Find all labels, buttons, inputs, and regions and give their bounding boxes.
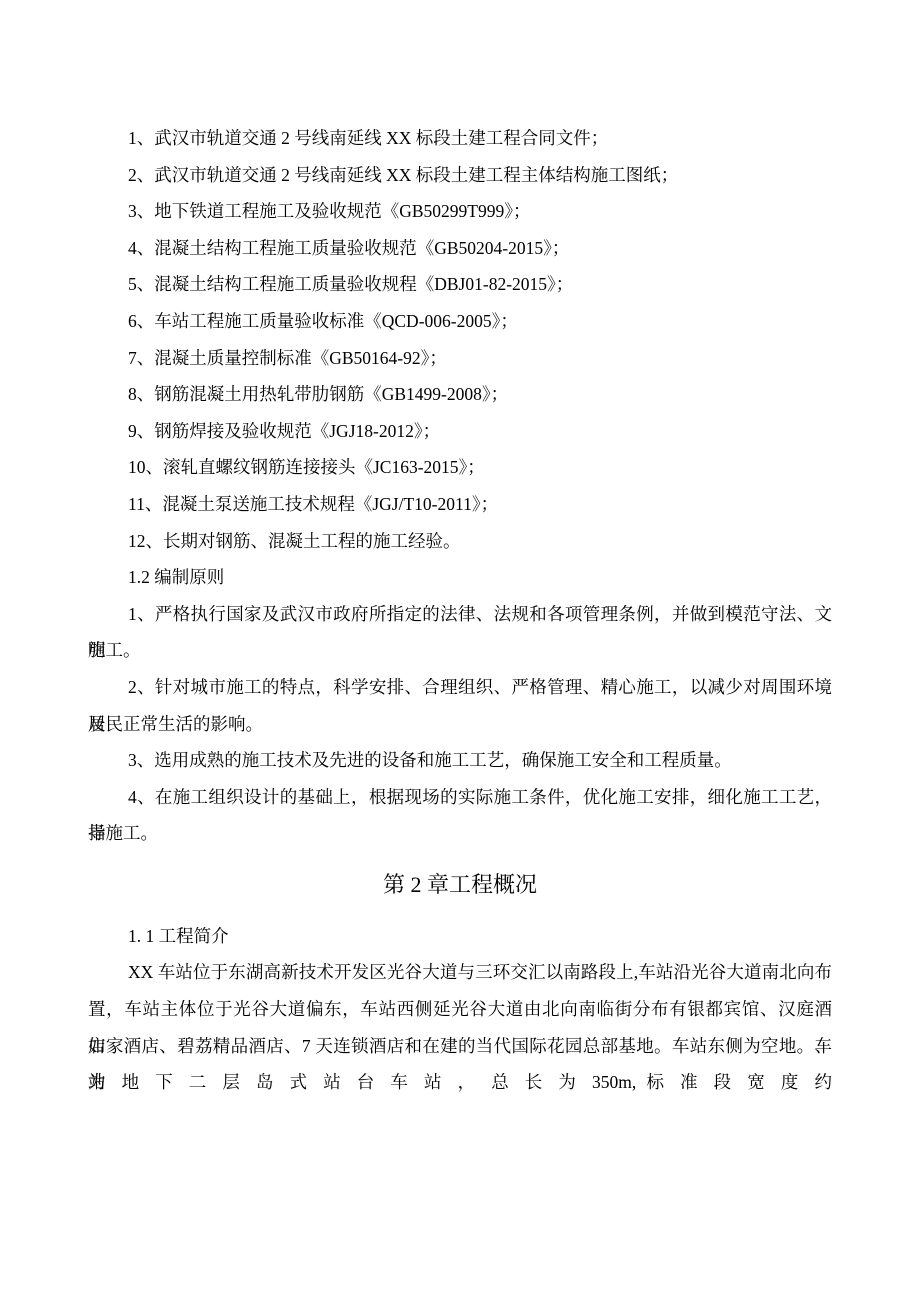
paragraph-line: 4、在施工组织设计的基础上，根据现场的实际施工条件，优化施工安排，细化施工工艺，… [88,779,832,816]
paragraph-line: 1、严格执行国家及武汉市政府所指定的法律、法规和各项管理条例，并做到模范守法、文… [88,596,832,633]
paragraph-line: 导施工。 [88,815,832,852]
reference-item: 6、车站工程施工质量验收标准《QCD-006-2005》； [88,303,832,340]
paragraph-line: 施工。 [88,632,832,669]
reference-item: 3、地下铁道工程施工及验收规范《GB50299T999》； [88,193,832,230]
reference-item: 10、滚轧直螺纹钢筋连接接头《JC163-2015》； [88,449,832,486]
section-heading-intro: 1. 1 工程简介 [88,918,832,955]
reference-item: 12、长期对钢筋、混凝土工程的施工经验。 [88,523,832,560]
reference-item: 7、混凝土质量控制标准《GB50164-92》； [88,340,832,377]
reference-item: 1、武汉市轨道交通 2 号线南延线 XX 标段土建工程合同文件； [88,120,832,157]
document-page: 1、武汉市轨道交通 2 号线南延线 XX 标段土建工程合同文件； 2、武汉市轨道… [0,0,920,1301]
section-heading-principles: 1.2 编制原则 [88,559,832,596]
reference-item: 8、钢筋混凝土用热轧带肋钢筋《GB1499-2008》； [88,376,832,413]
paragraph-line: 2、针对城市施工的特点，科学安排、合理组织、严格管理、精心施工，以减少对周围环境… [88,669,832,706]
reference-item: 9、钢筋焊接及验收规范《JGJ18-2012》； [88,413,832,450]
paragraph-line: 居民正常生活的影响。 [88,706,832,743]
reference-item: 11、混凝土泵送施工技术规程《JGJ/T10-2011》； [88,486,832,523]
reference-item: 2、武汉市轨道交通 2 号线南延线 XX 标段土建工程主体结构施工图纸； [88,157,832,194]
paragraph-line: 3、选用成熟的施工技术及先进的设备和施工工艺，确保施工安全和工程质量。 [88,742,832,779]
paragraph-line: 如家酒店、碧荔精品酒店、7 天连锁酒店和在建的当代国际花园总部基地。车站东侧为空… [88,1028,832,1065]
paragraph-line: 为 地 下 二 层 岛 式 站 台 车 站 ， 总 长 为 350m, 标 准 … [88,1064,832,1101]
reference-item: 4、混凝土结构工程施工质量验收规范《GB50204-2015》； [88,230,832,267]
reference-item: 5、混凝土结构工程施工质量验收规程《DBJ01-82-2015》； [88,266,832,303]
chapter-heading: 第 2 章工程概况 [88,852,832,918]
document-content: 1、武汉市轨道交通 2 号线南延线 XX 标段土建工程合同文件； 2、武汉市轨道… [88,120,832,1101]
paragraph-line: XX 车站位于东湖高新技术开发区光谷大道与三环交汇以南路段上,车站沿光谷大道南北… [88,954,832,991]
paragraph-line: 置，车站主体位于光谷大道偏东，车站西侧延光谷大道由北向南临街分布有银都宾馆、汉庭… [88,991,832,1028]
